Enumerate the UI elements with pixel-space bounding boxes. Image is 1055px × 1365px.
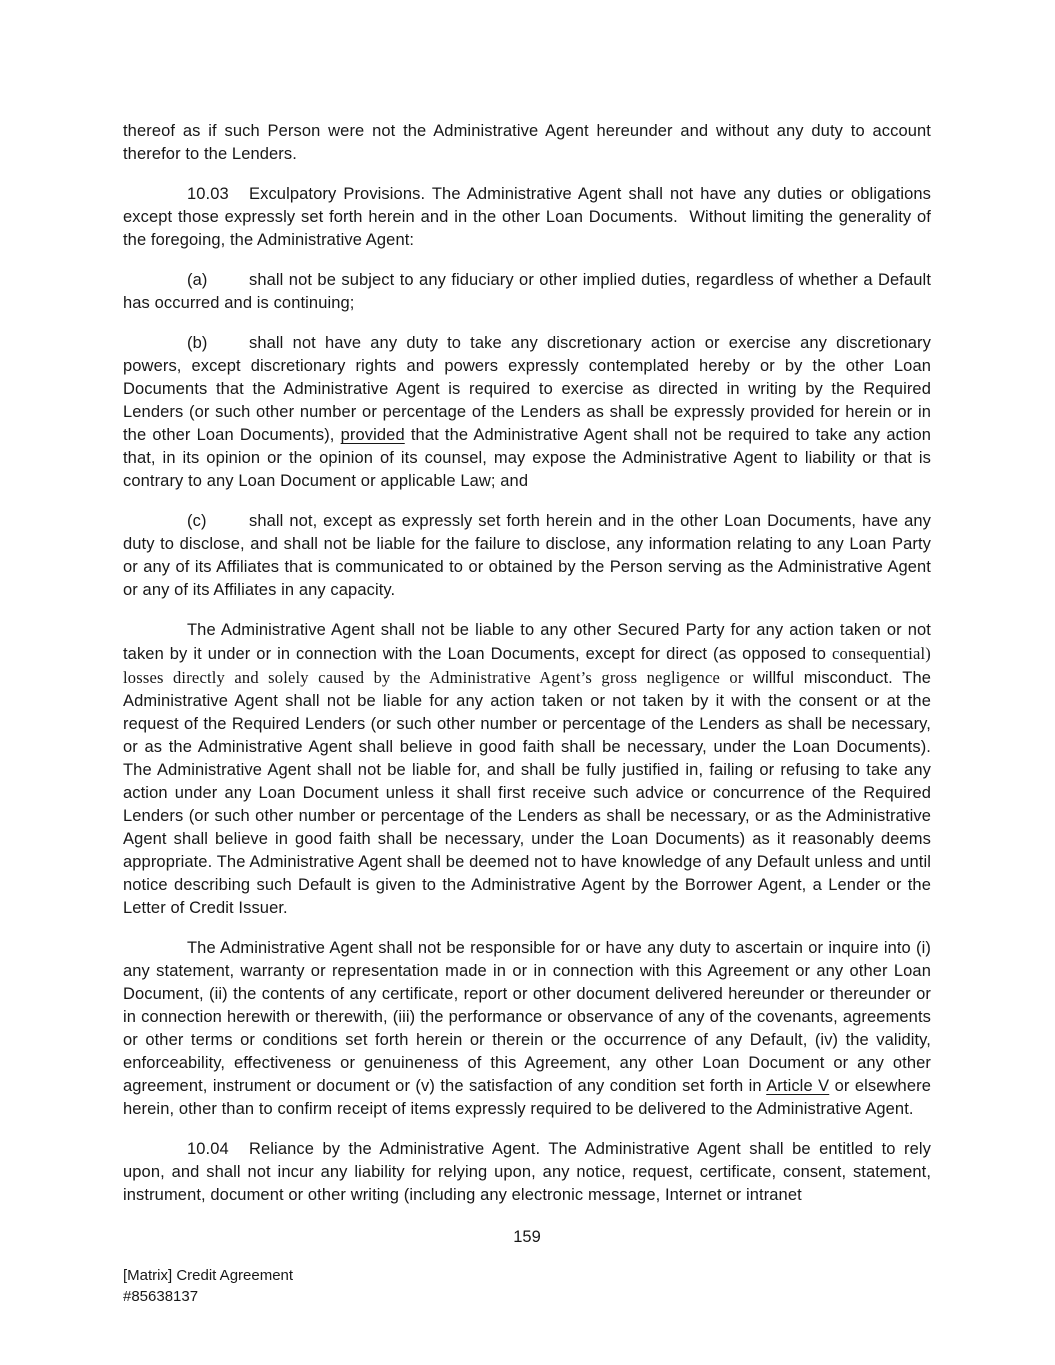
text-segment: willful misconduct. The Administrative A… [123,669,931,917]
page-content: thereof as if such Person were not the A… [123,120,931,1224]
text-segment: The Administrative Agent shall not be li… [123,621,931,663]
clause-c: (c)shall not, except as expressly set fo… [123,510,931,602]
document-page: thereof as if such Person were not the A… [0,0,1055,1365]
responsibility-paragraph: The Administrative Agent shall not be re… [123,937,931,1121]
section-label: 10.03 [187,183,249,206]
section-10-03-exculpatory-provisions: 10.03Exculpatory Provisions. The Adminis… [123,183,931,252]
section-label: (a) [187,269,249,292]
liability-paragraph: The Administrative Agent shall not be li… [123,619,931,920]
underlined-text: Article V [766,1077,829,1095]
underlined-text: provided [341,426,405,444]
text-segment: The Administrative Agent shall not be re… [123,939,931,1095]
text-segment: thereof as if such Person were not the A… [123,122,931,163]
clause-b: (b)shall not have any duty to take any d… [123,332,931,493]
section-label: (c) [187,510,249,533]
page-number: 159 [123,1228,931,1247]
page-footer: [Matrix] Credit Agreement #85638137 [123,1265,293,1307]
footer-doc-title: [Matrix] Credit Agreement [123,1265,293,1286]
clause-a: (a)shall not be subject to any fiduciary… [123,269,931,315]
section-label: 10.04 [187,1138,249,1161]
footer-doc-id: #85638137 [123,1286,293,1307]
section-10-04-reliance: 10.04Reliance by the Administrative Agen… [123,1138,931,1207]
section-label: (b) [187,332,249,355]
continuation-paragraph: thereof as if such Person were not the A… [123,120,931,166]
